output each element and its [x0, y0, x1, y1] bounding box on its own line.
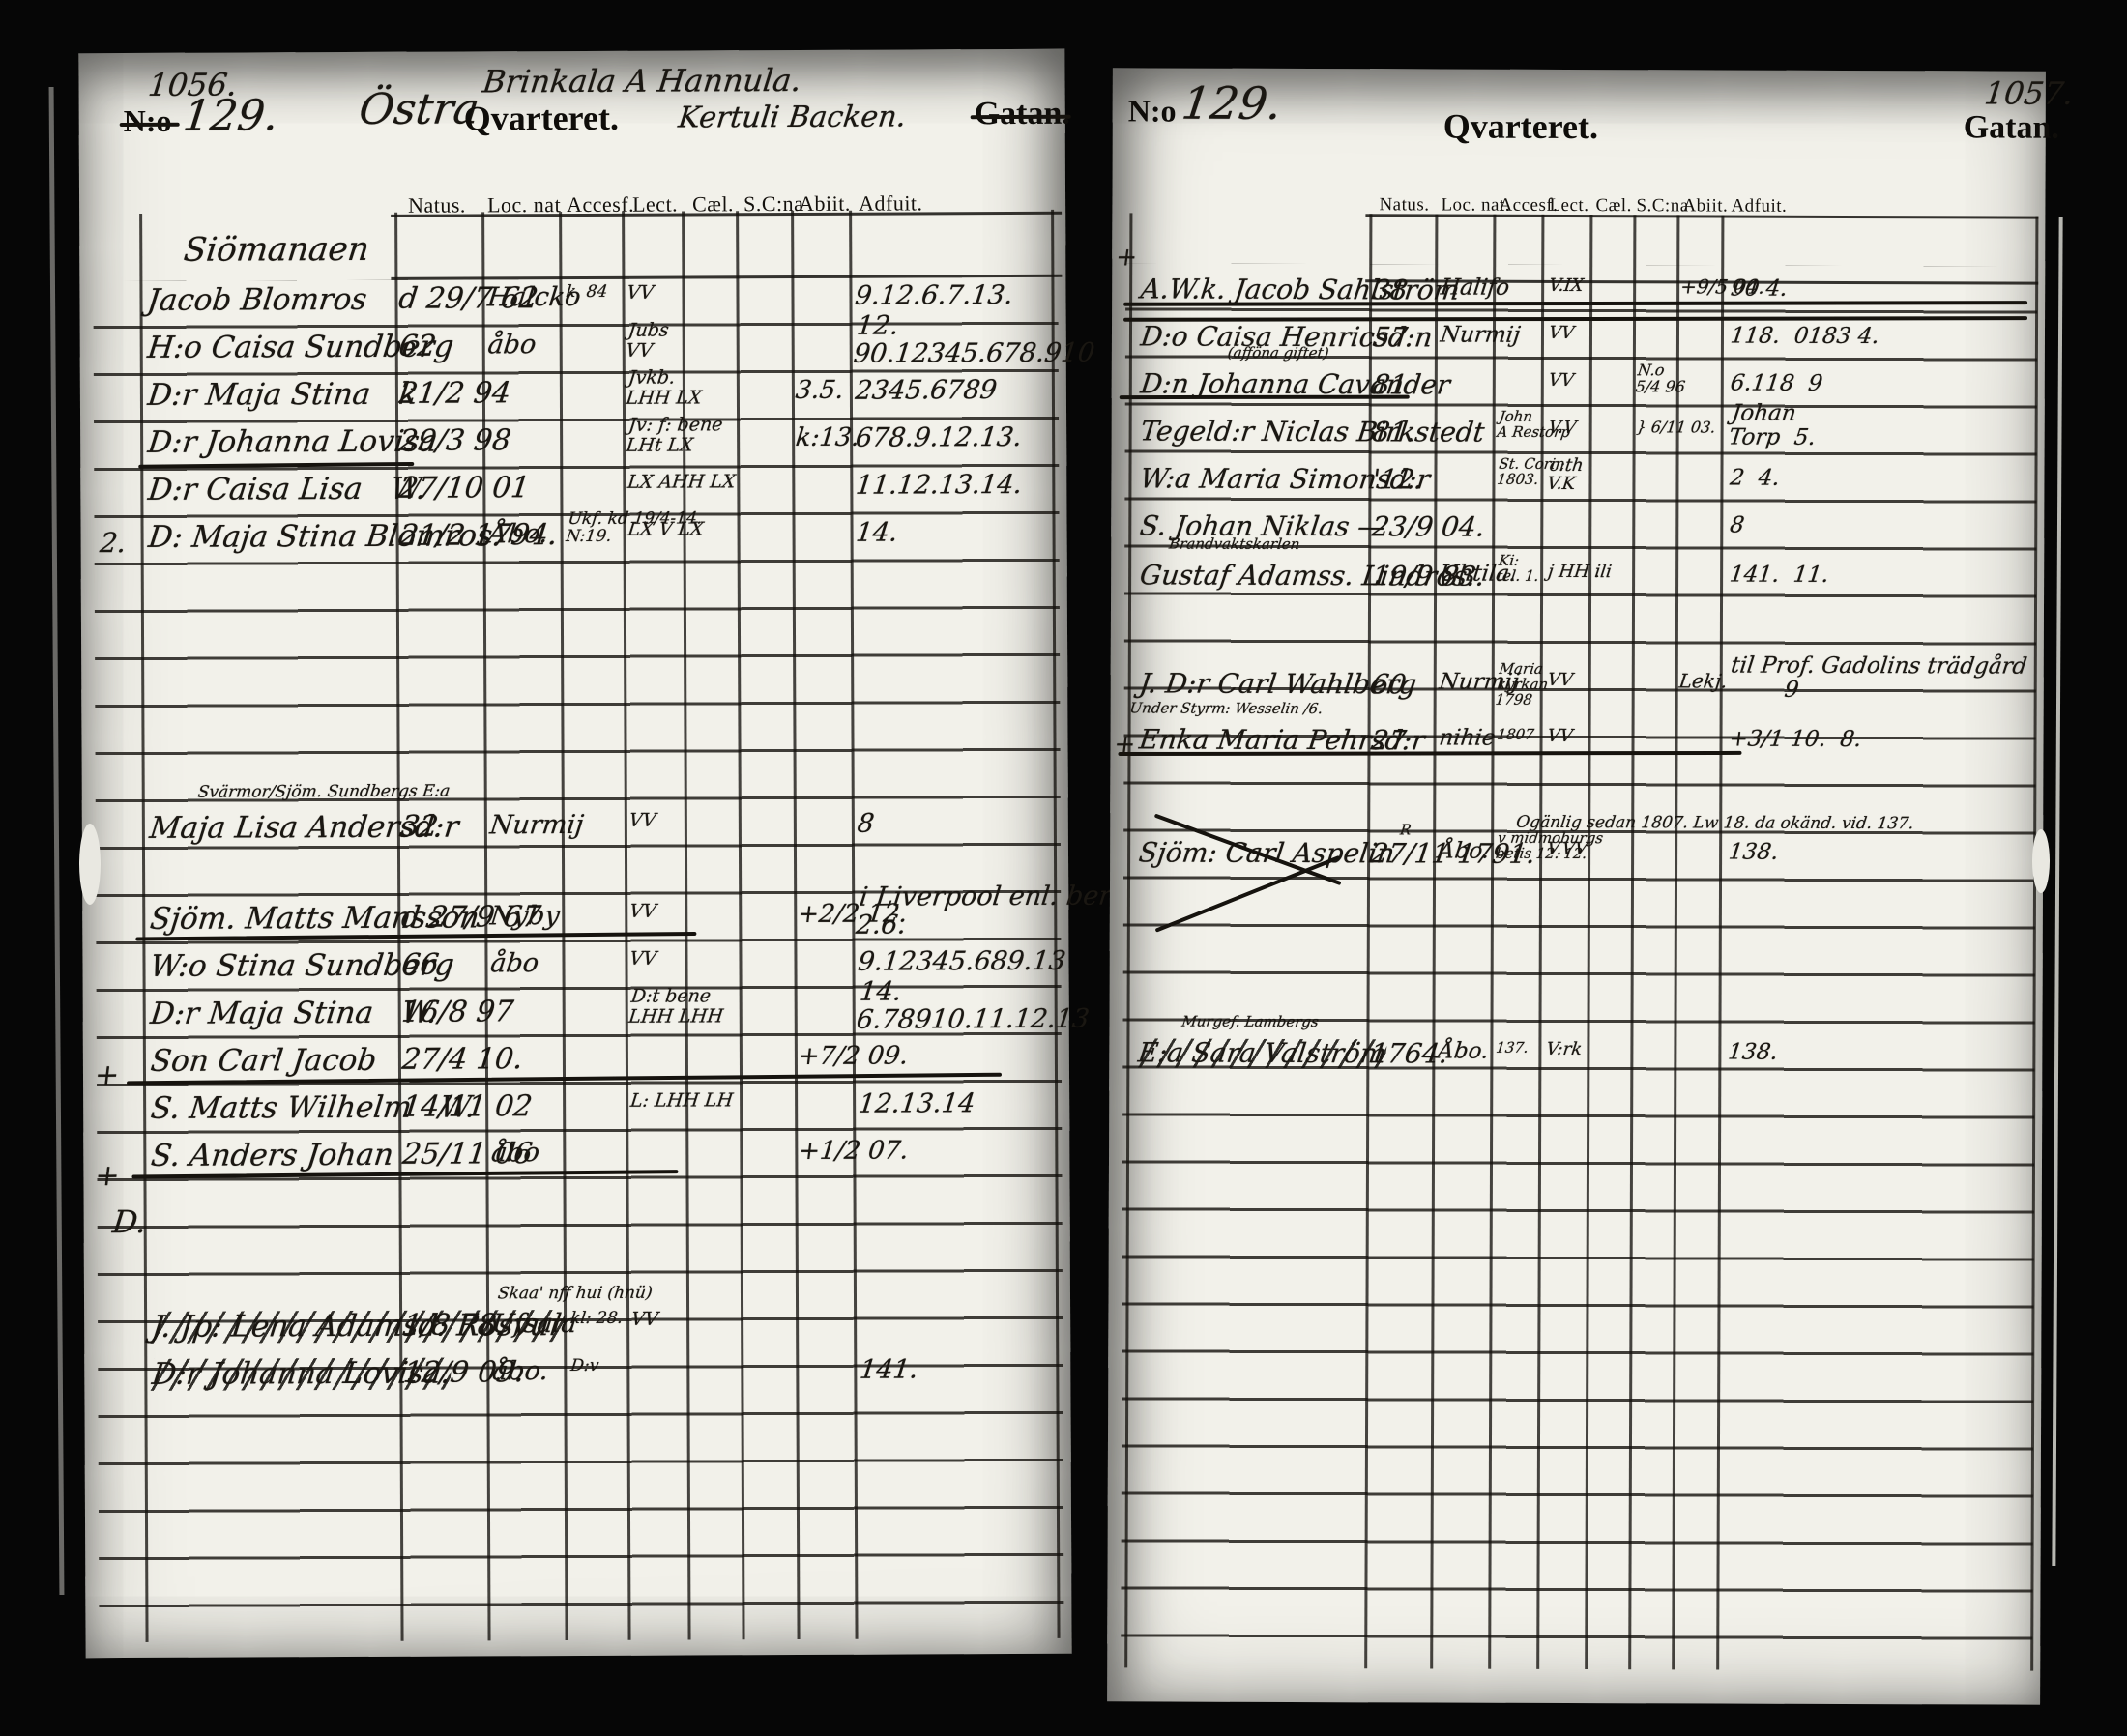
column-header: Abiit.: [1682, 195, 1728, 217]
cell-adfuit: Johan Torp 5.: [1728, 402, 1821, 450]
cell-adfuit: 141.: [859, 1355, 920, 1383]
cell-accesf: 137.: [1495, 1040, 1529, 1056]
cell-lect: LX AHH LX: [626, 472, 737, 492]
entry-name: A.W.k. Jacob Sahlström: [1139, 275, 1461, 304]
column-header: Adfuit.: [859, 190, 923, 216]
cell-natus: 23/9 04.: [1370, 512, 1486, 542]
cell-lect: VV: [626, 283, 655, 304]
cell-natus: 62: [397, 332, 438, 363]
gatan-strike: [971, 115, 1071, 119]
column-header: Natus.: [1379, 194, 1429, 216]
cell-adfuit: 141. 11.: [1729, 564, 1831, 588]
cell-adfuit: til Prof. Gadolins trädgård 9: [1727, 654, 2028, 704]
margin-mark: D.: [111, 1205, 149, 1239]
entry-note: Svärmor/Sjöm. Sundbergs E:a: [197, 783, 452, 802]
margin-mark: 2.: [99, 529, 128, 558]
entry-note: Murgef. Lambergs: [1180, 1014, 1319, 1030]
cell-loc: Nyby: [489, 902, 562, 930]
entry-annotation: Ogänlig sedan 1807. Lw 18. da okänd. vid…: [1515, 814, 1915, 833]
cell-lect: LX V LX: [626, 519, 705, 539]
column-header: Abiit.: [799, 191, 851, 217]
cell-loc: Åbo.: [1437, 1040, 1490, 1064]
left-book-edge: [49, 87, 65, 1595]
entry-note: Under Styrm: Wesselin /6.: [1129, 700, 1324, 716]
cell-loc: åbo: [489, 949, 540, 977]
cell-adfuit: 11.12.13.14.: [855, 471, 1024, 500]
cell-lect: Jubs VV: [625, 321, 670, 361]
cell-loc: Halifo: [1440, 276, 1511, 301]
margin-mark: +: [1113, 731, 1137, 758]
column-header: Adfuit.: [1731, 196, 1787, 217]
left-no-label: N:o: [124, 103, 172, 139]
cell-scna: N.o 5/4 96: [1635, 362, 1689, 395]
margin-mark: +: [1114, 244, 1138, 271]
entry-name: S. Anders Johan: [149, 1140, 394, 1173]
margin-mark: +: [93, 1060, 121, 1092]
right-no-label: N:o: [1128, 93, 1177, 129]
cell-lect: c:th V.K: [1546, 456, 1585, 494]
cell-lect: VV: [1548, 371, 1575, 391]
cell-accesf: 1807: [1497, 727, 1535, 742]
cell-natus: 60: [1370, 670, 1408, 699]
right-entries: A.W.k. Jacob Sahlström38HalifoV.IX+9/5 0…: [1113, 68, 2046, 71]
strikethrough-line: [1120, 395, 1410, 400]
cell-lect: D:t bene LHH LHH: [627, 986, 726, 1026]
cell-lect: VV: [628, 811, 657, 831]
cell-adfuit: 12. 90.12345.678.910: [852, 311, 1099, 368]
column-header: S.C:na: [743, 191, 803, 217]
cell-lect: VV: [628, 902, 657, 922]
cell-lect: VV: [1546, 727, 1573, 746]
cell-loc: nihie: [1438, 727, 1497, 751]
cell-loc: Åbo.: [1438, 840, 1491, 864]
margin-mark: +: [94, 1161, 122, 1193]
left-entries: Jacob Blomrosd 29/7 62Halckok. 84VV9.12.…: [78, 49, 1064, 53]
cell-adfuit: 8: [1729, 514, 1746, 538]
cell-lect: V.V: [1547, 419, 1577, 438]
cell-natus: 38: [1371, 275, 1409, 304]
cell-lect: V:rk: [1545, 1040, 1583, 1059]
entry-name: D:r Caisa Lisa W.: [146, 474, 427, 507]
cell-accesf: D:v: [569, 1357, 599, 1374]
cell-adfuit: i Liverpool enl. berg. 2.6.: [855, 882, 1138, 940]
cell-adfuit: 9.12.6.7.13.: [854, 281, 1015, 310]
cell-lect: Jv: f: bene LHt LX: [626, 415, 724, 454]
cell-adfuit: 6.118 9: [1729, 372, 1823, 396]
cell-accesf: kl: 28.: [569, 1310, 624, 1328]
cell-natus: 29/3 98: [397, 425, 512, 457]
right-folio-number: 1057.: [1983, 76, 2076, 110]
left-street-note-top: Brinkala A Hannula.: [481, 64, 802, 99]
cell-lect: V.VV: [1546, 840, 1588, 859]
column-header: Cæl.: [692, 191, 734, 217]
entry-name: Son Carl Jacob: [149, 1045, 378, 1079]
cell-natus: 57: [1371, 323, 1409, 352]
left-no-value: 129.: [181, 93, 281, 139]
cell-loc: Nurmij: [1439, 324, 1521, 348]
column-header: Cæl.: [1595, 195, 1631, 217]
entry-name: E:a Sara Valström: [1136, 1038, 1387, 1068]
cell-lect: VV: [1547, 671, 1574, 690]
cell-adfuit: 90 4.: [1730, 277, 1790, 302]
left-street-note-bottom: Kertuli Backen.: [677, 101, 908, 133]
cell-lect: Jvkb. LHH LX: [625, 367, 705, 407]
left-page: 1056. N:o 129. Östra Qvarteret. Brinkala…: [78, 49, 1071, 1658]
cell-natus: 66: [400, 950, 441, 982]
cell-lect: V.IX: [1548, 276, 1585, 296]
no-label-strike: [120, 123, 180, 127]
cell-adfuit: 2345.6789: [854, 376, 998, 405]
cell-loc: åbo: [486, 331, 538, 359]
cell-lect: L: LHH LH: [629, 1090, 734, 1111]
cell-adfuit: 138.: [1727, 1041, 1779, 1065]
entry-name: D:r Maja Stina k: [146, 379, 420, 413]
cell-lect: VV: [628, 949, 657, 969]
column-header: Loc. nat: [487, 192, 561, 217]
cell-adfuit: 14.: [855, 519, 899, 547]
edge-highlight-right: [2032, 829, 2050, 893]
column-header: Lect.: [1549, 195, 1588, 217]
section-heading: Siömanaen: [182, 232, 371, 269]
cell-adfuit: +3/1 10. 8.: [1728, 728, 1863, 752]
right-page: N:o 129. Qvarteret. 1057. Gatan. A.W.k. …: [1107, 68, 2046, 1704]
cell-adfuit: 9.12345.689.13: [857, 947, 1067, 976]
cell-loc: Nurmij: [488, 811, 585, 840]
entry-note: Skaa' nff hui (hnü): [497, 1285, 654, 1303]
cell-accesf: k. 84: [565, 283, 608, 302]
column-header: Natus.: [408, 192, 466, 217]
cell-loc: Åbo.: [487, 520, 550, 548]
cell-adfuit: 118. 0183 4.: [1729, 325, 1880, 349]
cell-accesf: Ki: tel. 1.: [1496, 553, 1542, 585]
entry-note: R: [1399, 822, 1412, 837]
cell-adfuit: 8: [856, 810, 876, 838]
cell-loc: åbo: [490, 1139, 541, 1167]
cell-natus: '12.: [1371, 465, 1425, 494]
cell-lect: VV: [1548, 324, 1575, 343]
cell-adfuit: 138.: [1728, 841, 1780, 865]
cell-adfuit: 678.9.12.13.: [854, 423, 1023, 452]
ledger-book-scan: 1056. N:o 129. Östra Qvarteret. Brinkala…: [0, 0, 2127, 1736]
entry-name: Jacob Blomros: [146, 284, 369, 317]
cell-loc: åbo.: [491, 1357, 550, 1385]
cell-natus: 27/4 10.: [400, 1044, 524, 1076]
left-quarter-printed: Qvarteret.: [464, 98, 619, 139]
cell-adfuit: 12.13.14: [857, 1089, 976, 1118]
right-no-value: 129.: [1180, 80, 1285, 129]
edge-highlight-left: [79, 824, 101, 905]
right-quarter-printed: Qvarteret.: [1443, 106, 1598, 148]
cell-natus: 21/2 94: [397, 378, 512, 410]
entry-note: Brandvaktskarlen: [1168, 536, 1300, 553]
column-header: Lect.: [632, 192, 678, 217]
cell-adfuit: 2 4.: [1729, 467, 1781, 491]
cell-adfuit: 14. 6.78910.11.12.13: [855, 977, 1093, 1034]
entry-note: (afföna giftet): [1227, 345, 1330, 362]
column-header: Accesf.: [567, 192, 634, 217]
entry-name: D:r Maja Stina W.: [149, 998, 439, 1031]
right-street-printed: Gatan.: [1964, 109, 2059, 146]
cell-lect: VV: [630, 1310, 659, 1330]
cell-natus: 27/10 01: [397, 473, 531, 505]
page-edge-sliver: [2052, 217, 2062, 1566]
cell-natus: 32: [399, 812, 440, 844]
cell-natus: 81.: [1371, 418, 1417, 447]
column-header: S.C:na: [1636, 195, 1688, 217]
cell-natus: 14/11 02: [400, 1091, 534, 1123]
cell-natus: 16/8 97: [400, 997, 515, 1028]
cell-abiit: 3.5.: [794, 377, 845, 404]
cell-lect: j HH ili: [1547, 563, 1613, 582]
